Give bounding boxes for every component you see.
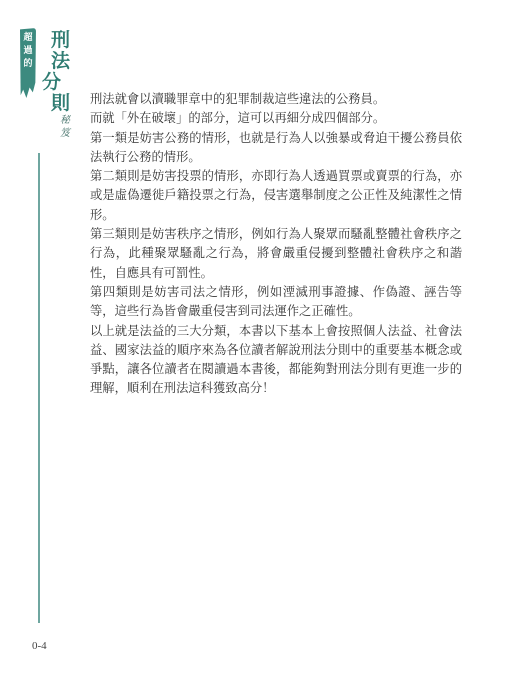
book-logo: 超 過 的 刑 法 分 則 秘 笈: [16, 26, 82, 144]
logo-subtitle-char: 秘: [60, 114, 70, 127]
paragraph: 第四類則是妨害司法之情形，例如湮滅刑事證據、作偽證、誣告等等，這些行為皆會嚴重侵…: [90, 283, 462, 322]
margin-rule: [38, 153, 40, 623]
logo-subtitle-char: 笈: [60, 127, 70, 140]
logo-title-char: 法: [51, 51, 69, 72]
paragraph: 第三類則是妨害秩序之情形，例如行為人聚眾而騷亂整體社會秩序之行為，此種聚眾騷亂之…: [90, 225, 462, 283]
paragraph: 刑法就會以瀆職罪章中的犯罪制裁這些違法的公務員。: [90, 90, 462, 109]
logo-banner-char: 的: [23, 58, 32, 71]
paragraph: 第一類是妨害公務的情形，也就是行為人以強暴或脅迫干擾公務員依法執行公務的情形。: [90, 129, 462, 168]
body-text: 刑法就會以瀆職罪章中的犯罪制裁這些違法的公務員。 而就「外在破壞」的部分，這可以…: [90, 90, 462, 399]
logo-title: 刑 法 分 則 秘 笈: [38, 30, 70, 140]
logo-title-char: 分: [42, 72, 60, 93]
paragraph: 第二類則是妨害投票的情形，亦即行為人透過買票或賣票的行為，亦或是虛偽遷徙戶籍投票…: [90, 167, 462, 225]
page-number: 0-4: [32, 640, 47, 652]
paragraph: 以上就是法益的三大分類，本書以下基本上會按照個人法益、社會法益、國家法益的順序來…: [90, 322, 462, 399]
logo-banner: 超 過 的: [20, 28, 36, 98]
logo-title-char: 則: [51, 93, 69, 114]
paragraph: 而就「外在破壞」的部分，這可以再細分成四個部分。: [90, 109, 462, 128]
logo-banner-char: 超: [23, 32, 32, 45]
logo-banner-char: 過: [23, 45, 32, 58]
logo-title-char: 刑: [51, 30, 69, 51]
